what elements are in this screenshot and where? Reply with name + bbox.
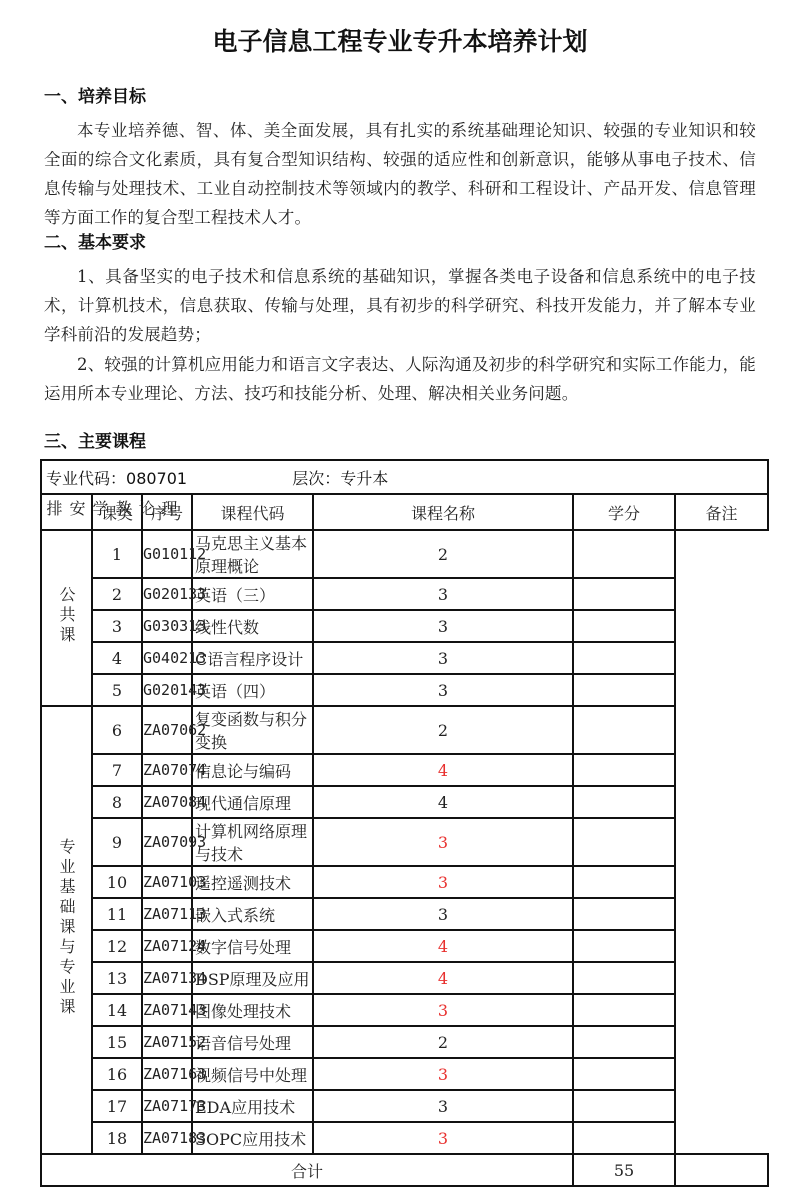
row-no: 17: [92, 1090, 142, 1122]
course-name: 遥控遥测技术: [192, 866, 313, 898]
group-cell: 专业基础课与专业课: [41, 706, 92, 1154]
course-code: G020143: [142, 674, 192, 706]
course-code: G040213: [142, 642, 192, 674]
course-credit: 3: [313, 898, 573, 930]
course-credit: 2: [313, 1026, 573, 1058]
major-code-label: 专业代码：: [46, 469, 126, 488]
course-notes: [573, 1058, 675, 1090]
total-row: 合计55: [41, 1154, 768, 1186]
row-no: 18: [92, 1122, 142, 1154]
course-credit: 3: [313, 818, 573, 866]
table-row: 18ZA07183SOPC应用技术3: [41, 1122, 768, 1154]
course-name: 数字信号处理: [192, 930, 313, 962]
table-row: 专业基础课与专业课6ZA07062复变函数与积分变换2: [41, 706, 768, 754]
course-name: 线性代数: [192, 610, 313, 642]
header-notes: 备注: [675, 494, 768, 530]
row-no: 7: [92, 754, 142, 786]
course-code: ZA07152: [142, 1026, 192, 1058]
level-label: 层次：: [292, 469, 340, 488]
requirement-2: 2、较强的计算机应用能力和语言文字表达、人际沟通及初步的科学研究和实际工作能力，…: [44, 350, 756, 408]
course-name: 现代通信原理: [192, 786, 313, 818]
course-name: 英语（四）: [192, 674, 313, 706]
course-notes: [573, 994, 675, 1026]
table-row: 4G040213C语言程序设计3: [41, 642, 768, 674]
course-table: 专业代码：080701 层次：专升本 理论教学安排 课类 序号 课程代码 课程名…: [40, 459, 769, 1187]
course-notes: [573, 930, 675, 962]
table-meta-row: 专业代码：080701 层次：专升本: [41, 460, 768, 494]
row-no: 10: [92, 866, 142, 898]
course-credit: 4: [313, 930, 573, 962]
table-row: 14ZA07143图像处理技术3: [41, 994, 768, 1026]
course-code: ZA07074: [142, 754, 192, 786]
course-notes: [573, 610, 675, 642]
row-no: 2: [92, 578, 142, 610]
header-code: 课程代码: [192, 494, 313, 530]
row-no: 9: [92, 818, 142, 866]
page-title: 电子信息工程专业专升本培养计划: [0, 22, 800, 58]
row-no: 16: [92, 1058, 142, 1090]
outer-group-cell: 理论教学安排: [41, 494, 92, 530]
course-credit: 3: [313, 866, 573, 898]
course-credit: 3: [313, 1122, 573, 1154]
course-credit: 3: [313, 610, 573, 642]
course-code: ZA07183: [142, 1122, 192, 1154]
course-notes: [573, 1122, 675, 1154]
level: 专升本: [340, 469, 388, 488]
course-notes: [573, 530, 675, 578]
course-notes: [573, 642, 675, 674]
course-code: G030313: [142, 610, 192, 642]
row-no: 4: [92, 642, 142, 674]
table-row: 15ZA07152语音信号处理2: [41, 1026, 768, 1058]
header-credit: 学分: [573, 494, 675, 530]
course-code: ZA07113: [142, 898, 192, 930]
table-row: 3G030313线性代数3: [41, 610, 768, 642]
course-notes: [573, 1026, 675, 1058]
course-notes: [573, 818, 675, 866]
course-name: 计算机网络原理与技术: [192, 818, 313, 866]
course-notes: [573, 786, 675, 818]
row-no: 12: [92, 930, 142, 962]
total-label: 合计: [41, 1154, 573, 1186]
course-credit: 4: [313, 962, 573, 994]
table-row: 5G020143英语（四）3: [41, 674, 768, 706]
row-no: 14: [92, 994, 142, 1026]
course-name: 信息论与编码: [192, 754, 313, 786]
course-code: ZA07084: [142, 786, 192, 818]
course-name: 语音信号处理: [192, 1026, 313, 1058]
course-credit: 2: [313, 706, 573, 754]
table-row: 8ZA07084现代通信原理4: [41, 786, 768, 818]
course-credit: 3: [313, 642, 573, 674]
course-name: 英语（三）: [192, 578, 313, 610]
course-credit: 3: [313, 1058, 573, 1090]
course-code: ZA07163: [142, 1058, 192, 1090]
course-name: 马克思主义基本原理概论: [192, 530, 313, 578]
row-no: 3: [92, 610, 142, 642]
course-name: 视频信号中处理: [192, 1058, 313, 1090]
table-row: 7ZA07074信息论与编码4: [41, 754, 768, 786]
table-row: 9ZA07093计算机网络原理与技术3: [41, 818, 768, 866]
section-heading-requirements: 二、基本要求: [44, 228, 146, 253]
course-name: EDA应用技术: [192, 1090, 313, 1122]
course-code: ZA07173: [142, 1090, 192, 1122]
table-row: 13ZA07134DSP原理及应用4: [41, 962, 768, 994]
row-no: 8: [92, 786, 142, 818]
section-heading-courses: 三、主要课程: [44, 427, 146, 452]
course-name: 图像处理技术: [192, 994, 313, 1026]
course-name: 嵌入式系统: [192, 898, 313, 930]
course-notes: [573, 754, 675, 786]
group-cell: 公共课: [41, 530, 92, 706]
course-code: ZA07143: [142, 994, 192, 1026]
table-row: 12ZA07124数字信号处理4: [41, 930, 768, 962]
course-credit: 3: [313, 1090, 573, 1122]
course-name: DSP原理及应用: [192, 962, 313, 994]
goals-paragraph: 本专业培养德、智、体、美全面发展，具有扎实的系统基础理论知识、较强的专业知识和较…: [44, 116, 756, 232]
table-row: 17ZA07173EDA应用技术3: [41, 1090, 768, 1122]
row-no: 6: [92, 706, 142, 754]
table-row: 2G020133英语（三）3: [41, 578, 768, 610]
course-code: ZA07093: [142, 818, 192, 866]
major-code: 080701: [126, 469, 187, 488]
requirement-1: 1、具备坚实的电子技术和信息系统的基础知识，掌握各类电子设备和信息系统中的电子技…: [44, 262, 756, 349]
course-notes: [573, 962, 675, 994]
group-label: 公共课: [55, 586, 78, 646]
total-notes: [675, 1154, 768, 1186]
table-row: 16ZA07163视频信号中处理3: [41, 1058, 768, 1090]
course-notes: [573, 866, 675, 898]
course-notes: [573, 1090, 675, 1122]
course-code: ZA07062: [142, 706, 192, 754]
course-code: ZA07124: [142, 930, 192, 962]
course-credit: 3: [313, 578, 573, 610]
course-notes: [573, 674, 675, 706]
row-no: 13: [92, 962, 142, 994]
row-no: 15: [92, 1026, 142, 1058]
course-name: C语言程序设计: [192, 642, 313, 674]
course-code: ZA07134: [142, 962, 192, 994]
row-no: 11: [92, 898, 142, 930]
course-code: G020133: [142, 578, 192, 610]
table-row: 公共课1G010112马克思主义基本原理概论2: [41, 530, 768, 578]
course-credit: 4: [313, 786, 573, 818]
course-code: ZA07103: [142, 866, 192, 898]
course-name: 复变函数与积分变换: [192, 706, 313, 754]
course-credit: 4: [313, 754, 573, 786]
course-notes: [573, 578, 675, 610]
course-notes: [573, 898, 675, 930]
course-credit: 2: [313, 530, 573, 578]
table-header-row: 理论教学安排 课类 序号 课程代码 课程名称 学分 备注: [41, 494, 768, 530]
header-name: 课程名称: [313, 494, 573, 530]
row-no: 5: [92, 674, 142, 706]
group-label: 专业基础课与专业课: [55, 838, 78, 1018]
course-code: G010112: [142, 530, 192, 578]
total-credit: 55: [573, 1154, 675, 1186]
course-credit: 3: [313, 994, 573, 1026]
course-name: SOPC应用技术: [192, 1122, 313, 1154]
course-credit: 3: [313, 674, 573, 706]
course-notes: [573, 706, 675, 754]
section-heading-goals: 一、培养目标: [44, 82, 146, 107]
row-no: 1: [92, 530, 142, 578]
table-row: 11ZA07113嵌入式系统3: [41, 898, 768, 930]
table-row: 10ZA07103遥控遥测技术3: [41, 866, 768, 898]
